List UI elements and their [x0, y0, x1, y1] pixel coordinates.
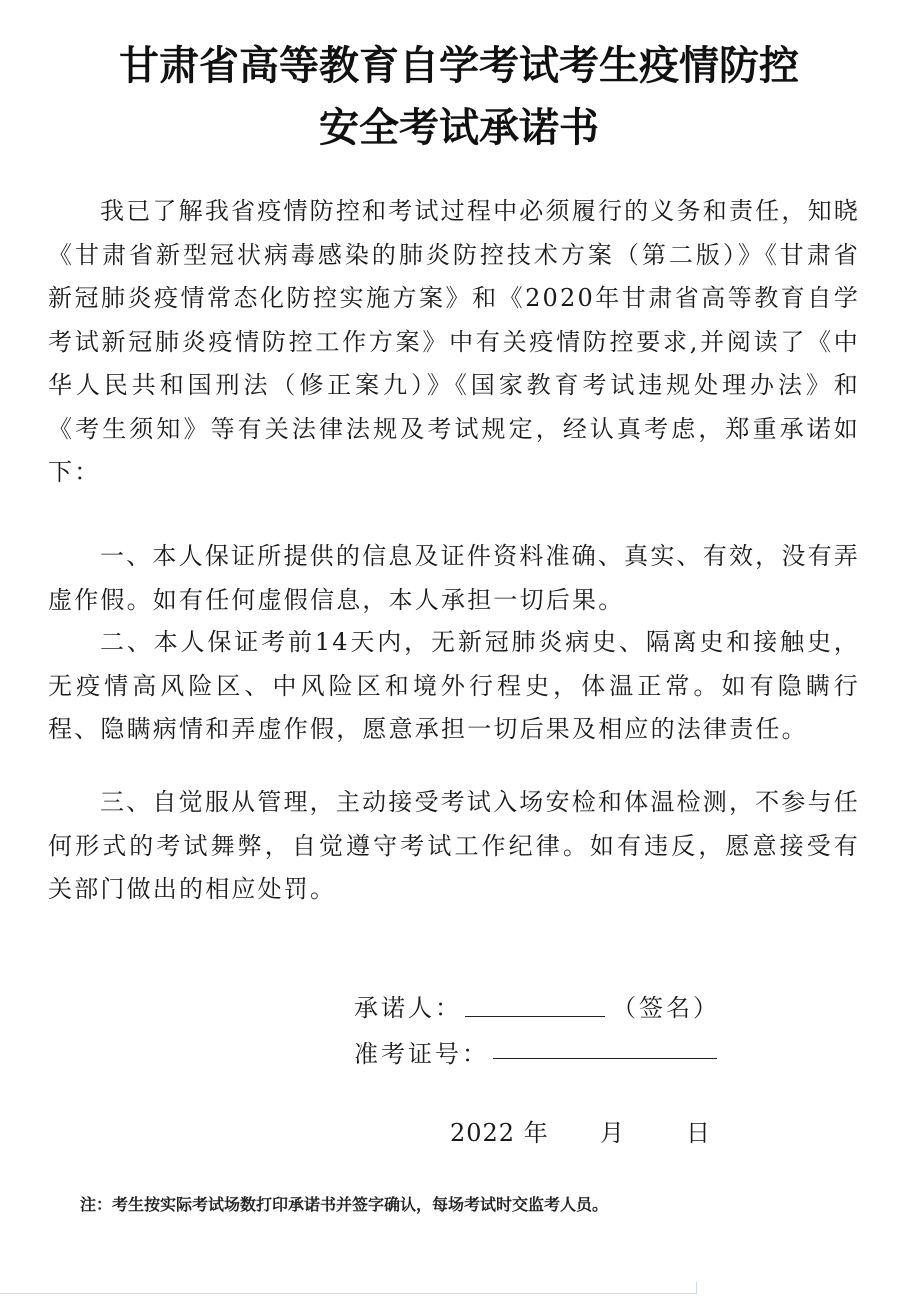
date-day: 日: [686, 1113, 713, 1148]
commitment-item-1: 一、本人保证所提供的信息及证件资料准确、真实、有效，没有弄虚作假。如有任何虚假信…: [48, 535, 860, 622]
ticket-number-line: [493, 1058, 717, 1059]
frame-border-right: [696, 1282, 697, 1294]
commitment-item-3: 三、自觉服从管理，主动接受考试入场安检和体温检测，不参与任何形式的考试舞弊，自觉…: [48, 781, 860, 912]
date-year: 2022 年: [450, 1113, 549, 1148]
promisor-label: 承诺人：: [354, 988, 462, 1023]
promisor-signature-line: [465, 1016, 605, 1017]
document-title-line1: 甘肃省高等教育自学考试考生疫情防控: [0, 34, 918, 91]
intro-paragraph: 我已了解我省疫情防控和考试过程中必须履行的义务和责任，知晓《甘肃省新型冠状病毒感…: [48, 190, 860, 495]
document-title-line2: 安全考试承诺书: [0, 96, 918, 153]
commitment-item-2: 二、本人保证考前14天内，无新冠肺炎病史、隔离史和接触史，无疫情高风险区、中风险…: [48, 621, 860, 752]
frame-border-bottom: [0, 1293, 697, 1294]
sign-hint: （签名）: [612, 988, 720, 1023]
date-month: 月: [600, 1113, 627, 1148]
ticket-number-label: 准考证号：: [354, 1034, 489, 1069]
footnote: 注：考生按实际考试场数打印承诺书并签字确认，每场考试时交监考人员。: [80, 1192, 608, 1215]
